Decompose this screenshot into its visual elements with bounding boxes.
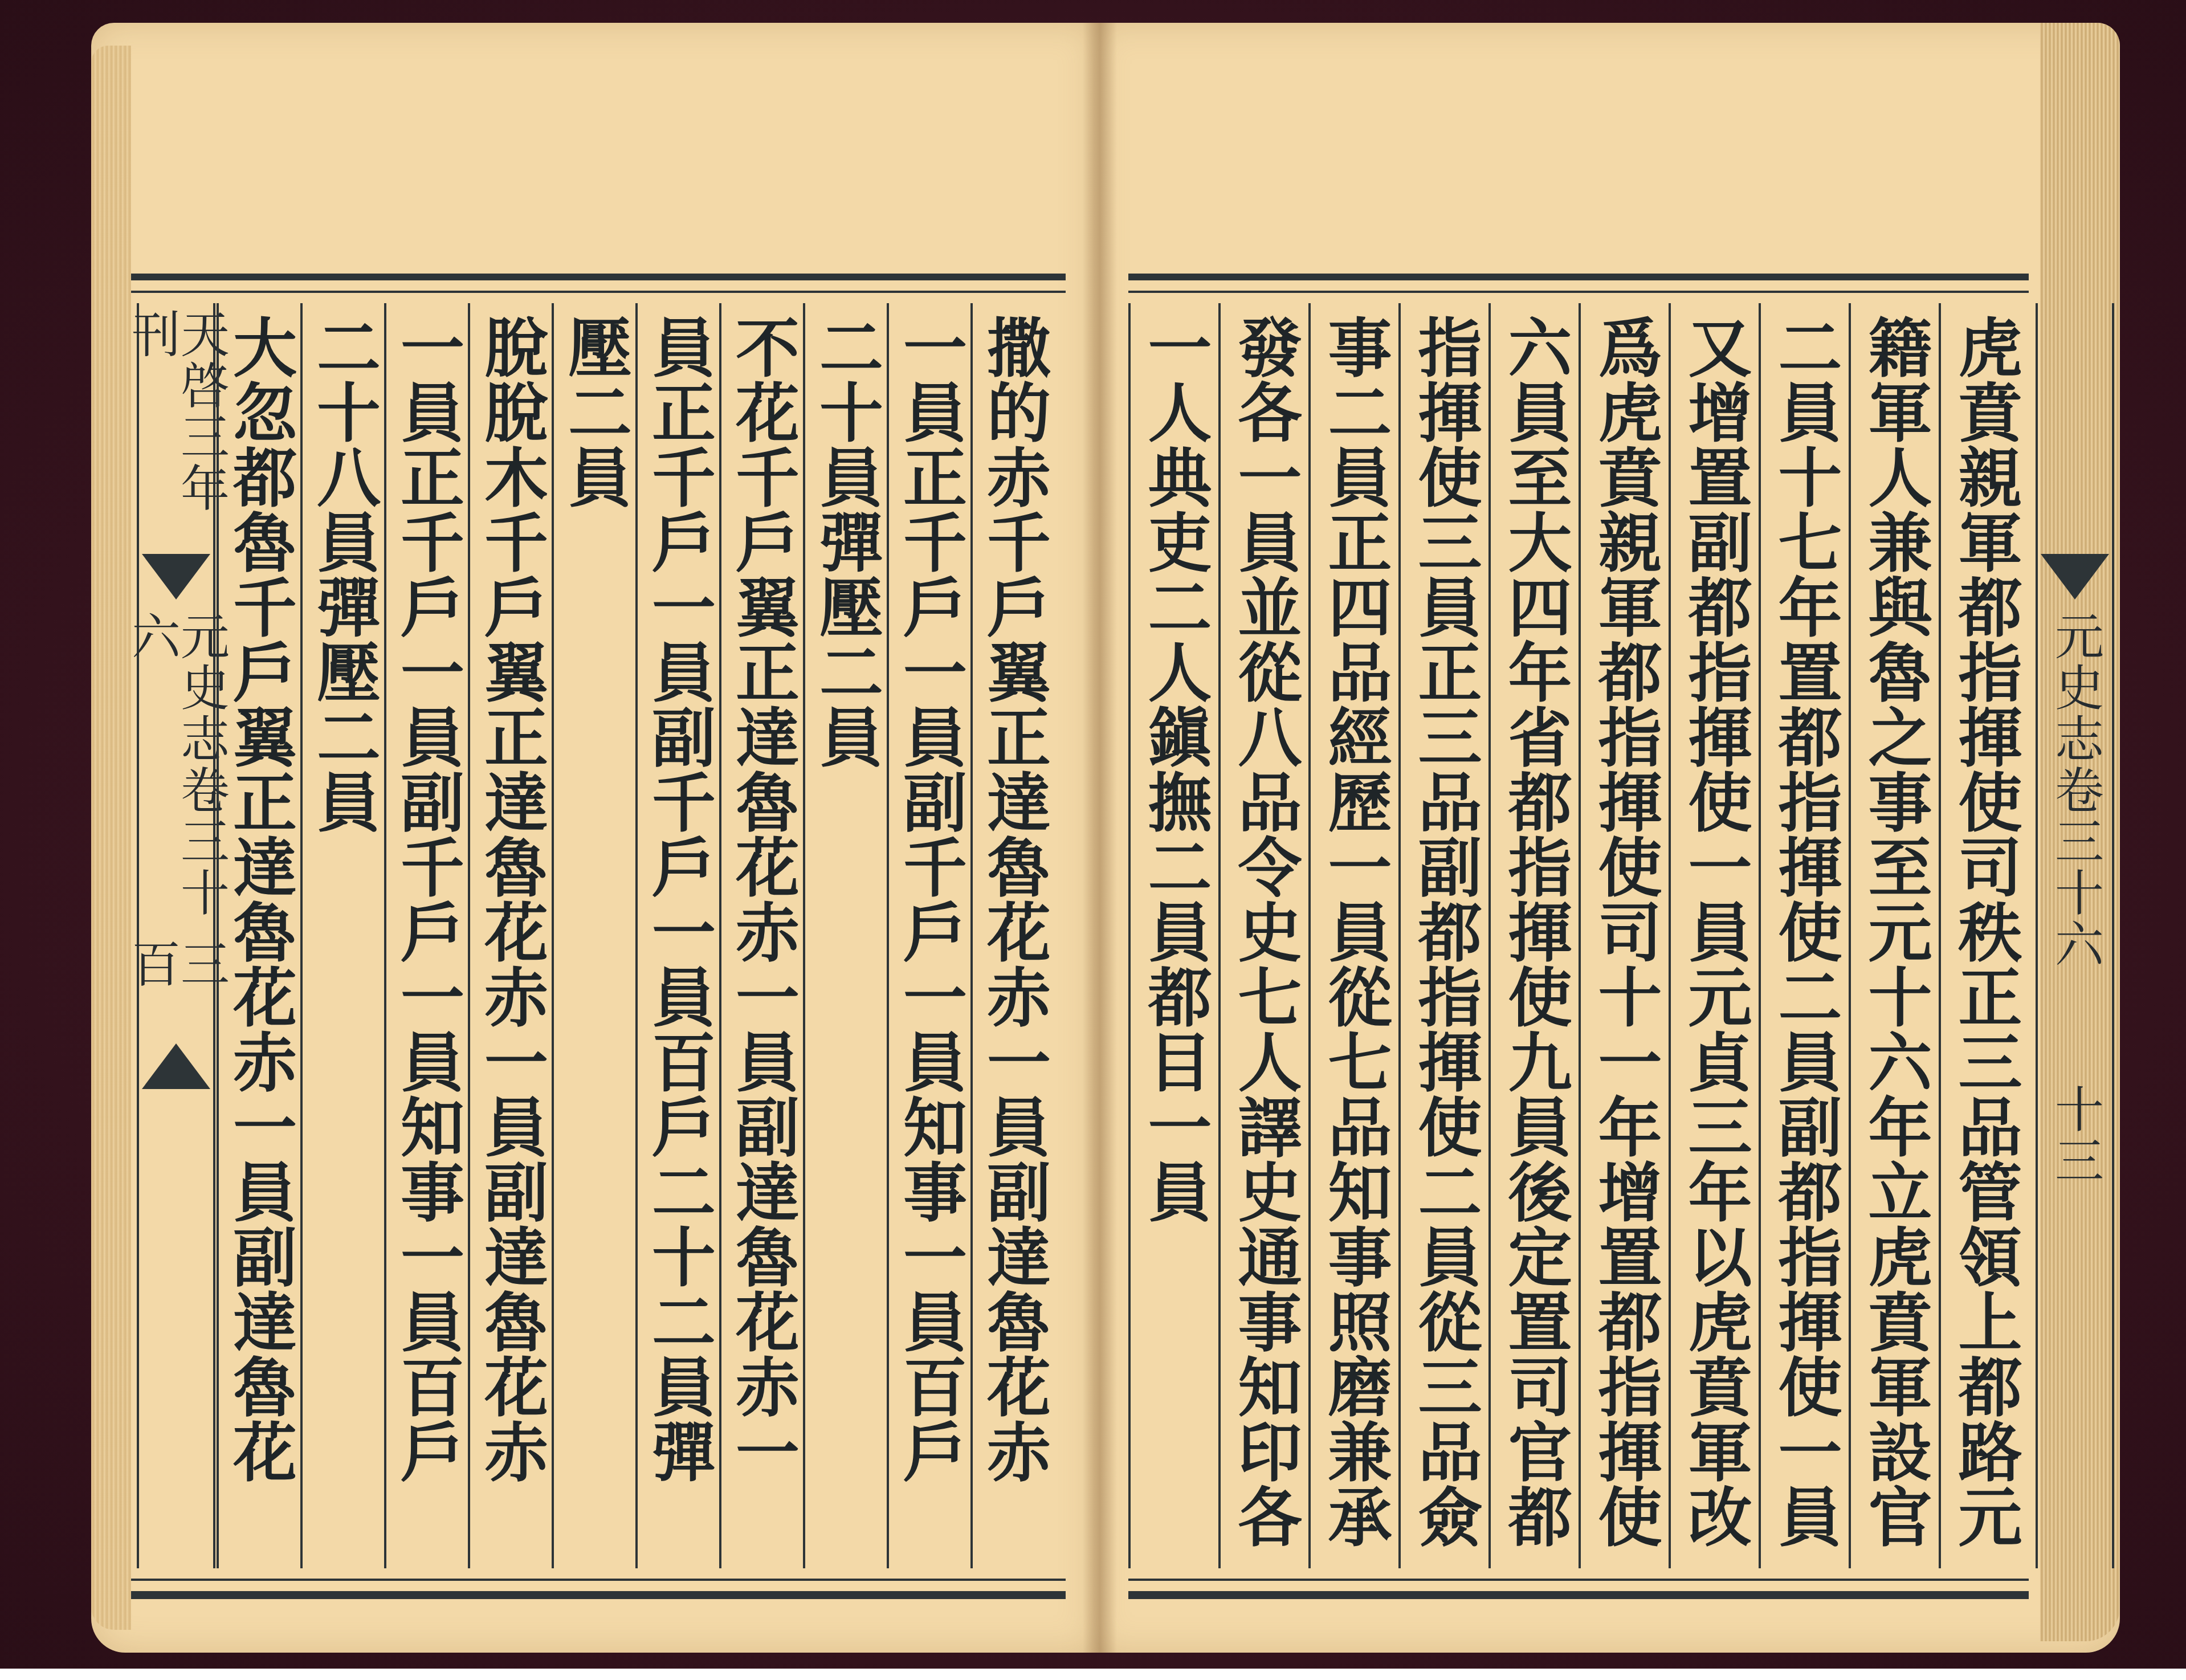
text-column: 事二員正四品經歷一員從七品知事照磨兼承	[1308, 303, 1398, 1568]
right-page-margin: 元史志卷三十六 十三	[2036, 303, 2114, 1568]
left-page-columns: 撒的赤千戶翼正達魯花赤一員副達魯花赤 一員正千戶一員副千戶一員知事一員百戶 二十…	[217, 303, 1054, 1568]
text-column: 虎賁親軍都指揮使司秩正三品管領上都路元	[1939, 303, 2029, 1568]
scan-bottom-strip	[0, 1669, 2186, 1680]
text-column: 大忽都魯千戶翼正達魯花赤一員副達魯花	[217, 303, 300, 1568]
right-page-frame: 虎賁親軍都指揮使司秩正三品管領上都路元 籍軍人兼與魯之事至元十六年立虎賁軍設官 …	[1128, 274, 2029, 1599]
text-column: 脫脫木千戶翼正達魯花赤一員副達魯花赤	[468, 303, 552, 1568]
text-column: 一員正千戶一員副千戶一員知事一員百戶	[384, 303, 468, 1568]
text-column: 指揮使三員正三品副都指揮使二員從三品僉	[1398, 303, 1488, 1568]
text-column: 一人典吏二人鎭撫二員都目一員	[1128, 303, 1218, 1568]
text-column: 二十八員彈壓二員	[300, 303, 384, 1568]
frame-inner-line-top	[1128, 291, 2029, 293]
frame-inner-line-top	[131, 291, 1066, 293]
right-page-columns: 虎賁親軍都指揮使司秩正三品管領上都路元 籍軍人兼與魯之事至元十六年立虎賁軍設官 …	[1128, 303, 2029, 1568]
text-column: 二十員彈壓二員	[803, 303, 887, 1568]
text-column: 員正千戶一員副千戶一員百戶二十二員彈	[635, 303, 719, 1568]
text-column: 發各一員並從八品令史七人譯史通事知印各	[1218, 303, 1308, 1568]
text-column: 二員十七年置都指揮使二員副都指揮使一員	[1759, 303, 1849, 1568]
book-gutter	[1083, 23, 1117, 1653]
margin-title: 元史志卷三十六	[127, 611, 225, 939]
margin-title: 元史志卷三十六	[2050, 611, 2099, 970]
page-number: 十三	[2050, 1084, 2099, 1186]
text-column: 不花千戶翼正達魯花赤一員副達魯花赤一	[719, 303, 803, 1568]
frame-inner-line-bottom	[1128, 1579, 2029, 1581]
fish-tail-top-icon	[142, 554, 210, 600]
open-book: 天啓三年刊 元史志卷三十六 三百 撒的赤千戶翼正達魯花赤一員副達魯花赤 一員正千…	[91, 23, 2120, 1664]
fish-tail-top-icon	[2041, 554, 2109, 600]
text-column: 壓二員	[552, 303, 635, 1568]
text-column: 一員正千戶一員副千戶一員知事一員百戶	[887, 303, 970, 1568]
left-page-edges	[91, 46, 131, 1630]
text-column: 籍軍人兼與魯之事至元十六年立虎賁軍設官	[1849, 303, 1939, 1568]
text-column: 又增置副都指揮使一員元貞三年以虎賁軍改	[1669, 303, 1759, 1568]
left-page-frame: 天啓三年刊 元史志卷三十六 三百 撒的赤千戶翼正達魯花赤一員副達魯花赤 一員正千…	[131, 274, 1066, 1599]
right-page: 虎賁親軍都指揮使司秩正三品管領上都路元 籍軍人兼與魯之事至元十六年立虎賁軍設官 …	[1094, 23, 2120, 1653]
page-number: 三百	[127, 939, 225, 1032]
frame-inner-line-bottom	[131, 1579, 1066, 1581]
left-page-margin: 天啓三年刊 元史志卷三十六 三百	[137, 303, 215, 1568]
edition-note: 天啓三年刊	[127, 309, 225, 543]
text-column: 爲虎賁親軍都指揮使司十一年增置都指揮使	[1579, 303, 1669, 1568]
left-page: 天啓三年刊 元史志卷三十六 三百 撒的赤千戶翼正達魯花赤一員副達魯花赤 一員正千…	[91, 23, 1094, 1653]
text-column: 撒的赤千戶翼正達魯花赤一員副達魯花赤	[970, 303, 1054, 1568]
text-column: 六員至大四年省都指揮使九員後定置司官都	[1488, 303, 1579, 1568]
fish-tail-bottom-icon	[142, 1043, 210, 1089]
